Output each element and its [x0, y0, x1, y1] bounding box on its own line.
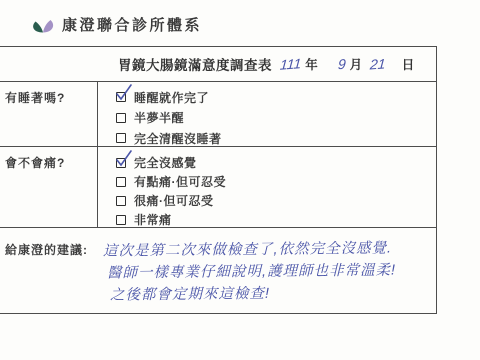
option-label: 非常痛	[134, 211, 172, 228]
option-label: 完全沒感覺	[134, 154, 197, 171]
date-day-label: 日	[402, 55, 415, 73]
checkbox-icon	[116, 177, 126, 187]
option-no-feeling: 完全沒感覺	[116, 153, 436, 172]
form-title: 胃鏡大腸鏡滿意度調查表	[118, 54, 272, 74]
handwritten-line: 這次是第二次來做檢查了,依然完全沒感覺.	[103, 237, 396, 262]
option-half-awake: 半夢半醒	[116, 108, 436, 129]
options-sleep: 睡醒就作完了 半夢半醒 完全清醒沒睡著	[98, 82, 436, 146]
suggestion-label: 給康澄的建議:	[5, 241, 88, 258]
survey-table: 胃鏡大腸鏡滿意度調查表 111 年 9 月 21 日 有睡著嗎? 睡醒就作完了	[0, 46, 437, 314]
form-title-row: 胃鏡大腸鏡滿意度調查表 111 年 9 月 21 日	[0, 47, 436, 82]
date-month-label: 月	[350, 55, 363, 73]
clinic-brand: 康澄聯合診所體系	[30, 14, 202, 35]
option-label: 有點痛·但可忍受	[134, 173, 226, 190]
option-label: 半夢半醒	[134, 109, 184, 126]
date-year-handwritten: 111	[279, 55, 302, 72]
option-label: 完全清醒沒睡著	[134, 130, 222, 147]
option-very-painful-bearable: 很痛·但可忍受	[116, 191, 436, 210]
suggestion-row: 給康澄的建議: 這次是第二次來做檢查了,依然完全沒感覺. 醫師一樣專業仔細說明,…	[0, 228, 436, 313]
option-fully-awake: 完全清醒沒睡著	[116, 128, 436, 149]
option-label: 睡醒就作完了	[134, 89, 209, 106]
option-extremely-painful: 非常痛	[116, 210, 436, 229]
question-row-sleep: 有睡著嗎? 睡醒就作完了 半夢半醒 完全清醒沒睡著	[0, 82, 436, 147]
handwritten-line: 醫師一樣專業仔細說明,護理師也非常溫柔!	[107, 259, 396, 284]
checkbox-icon	[116, 215, 126, 225]
checkbox-checked-icon	[116, 158, 126, 168]
handwritten-tick-icon	[115, 83, 133, 101]
option-label: 很痛·但可忍受	[134, 192, 214, 209]
question-row-pain: 會不會痛? 完全沒感覺 有點痛·但可忍受 很痛·但可忍受	[0, 147, 436, 228]
options-pain: 完全沒感覺 有點痛·但可忍受 很痛·但可忍受 非常痛	[98, 147, 436, 227]
scanned-survey-form: 康澄聯合診所體系 胃鏡大腸鏡滿意度調查表 111 年 9 月 21 日 有睡著嗎…	[0, 0, 480, 360]
clinic-name: 康澄聯合診所體系	[62, 14, 202, 35]
checkbox-icon	[116, 113, 126, 123]
twin-leaf-logo-icon	[30, 19, 56, 34]
checkbox-checked-icon	[116, 92, 126, 102]
question-label-pain: 會不會痛?	[0, 147, 98, 227]
question-label-sleep: 有睡著嗎?	[0, 82, 98, 146]
handwritten-tick-icon	[115, 149, 133, 167]
date-day-handwritten: 21	[369, 55, 386, 72]
handwritten-comment: 這次是第二次來做檢查了,依然完全沒感覺. 醫師一樣專業仔細說明,護理師也非常溫柔…	[103, 239, 396, 305]
option-slight-pain: 有點痛·但可忍受	[116, 172, 436, 191]
checkbox-icon	[116, 133, 126, 143]
checkbox-icon	[116, 196, 126, 206]
date-year-label: 年	[305, 55, 318, 73]
handwritten-line: 之後都會定期來這檢查!	[110, 282, 396, 307]
option-woke-up-done: 睡醒就作完了	[116, 87, 436, 108]
date-month-handwritten: 9	[337, 56, 346, 73]
